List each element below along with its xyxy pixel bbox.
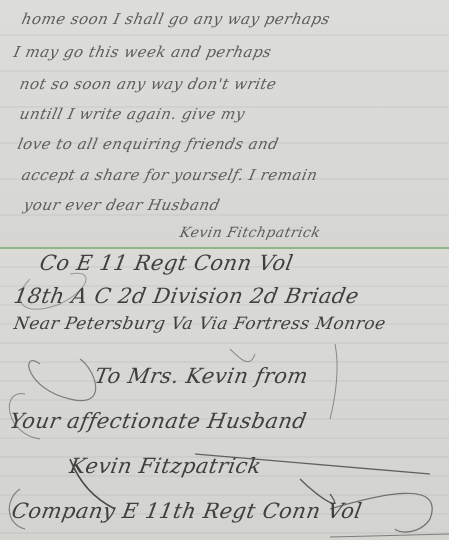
envelope-line-3: Near Petersburg Va Via Fortress Monroe <box>12 314 387 334</box>
letter-line-4: untill I write again. give my <box>18 105 247 123</box>
envelope-line-2: 18th A C 2d Division 2d Briade <box>12 284 361 308</box>
letter-page: home soon I shall go any way perhaps I m… <box>0 0 449 248</box>
letter-line-2: I may go this week and perhaps <box>12 43 273 61</box>
envelope-line-6: Kevin Fitzpatrick <box>68 454 263 478</box>
signature: Kevin Fitchpatrick <box>178 225 322 241</box>
letter-line-7: your ever dear Husband <box>22 196 222 214</box>
envelope-line-1: Co E 11 Regt Conn Vol <box>38 251 295 275</box>
envelope-line-7: Company E 11th Regt Conn Vol <box>10 499 364 523</box>
envelope-page: Co E 11 Regt Conn Vol 18th A C 2d Divisi… <box>0 249 449 540</box>
letter-line-6: accept a share for yourself. I remain <box>20 166 319 184</box>
letter-line-5: love to all enquiring friends and <box>16 135 280 153</box>
envelope-line-5: Your affectionate Husband <box>8 409 309 433</box>
letter-line-3: not so soon any way don't write <box>18 75 278 93</box>
envelope-line-4: To Mrs. Kevin from <box>93 364 310 388</box>
letter-line-1: home soon I shall go any way perhaps <box>20 10 332 28</box>
